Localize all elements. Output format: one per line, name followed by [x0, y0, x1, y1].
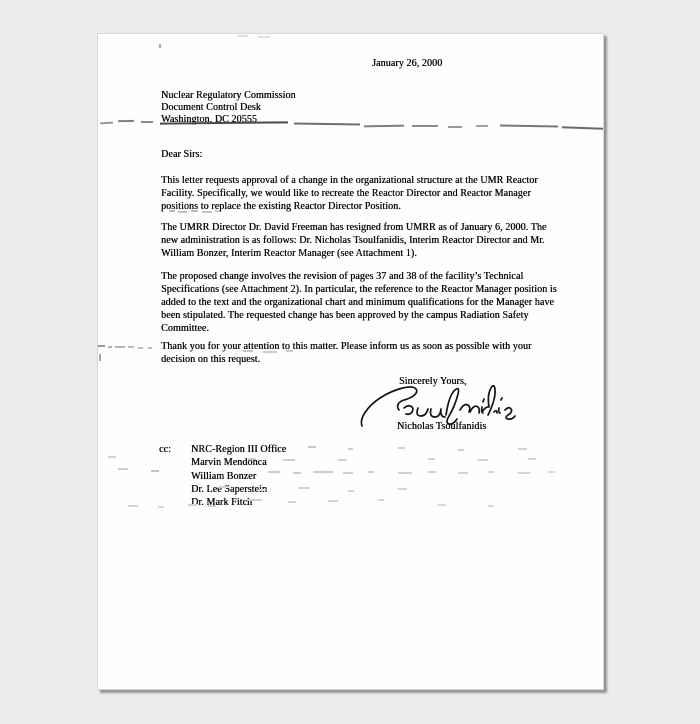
scan-artifact [458, 472, 468, 474]
scan-artifact [148, 347, 152, 349]
cc-label: cc: [159, 443, 171, 456]
scan-artifact [428, 471, 436, 473]
scan-artifact [438, 504, 446, 506]
scan-artifact [159, 44, 161, 48]
scan-artifact [448, 126, 462, 128]
letter-page: January 26, 2000 Nuclear Regulatory Comm… [97, 33, 604, 690]
scan-artifact [293, 472, 301, 474]
scan-artifact [548, 471, 555, 473]
scan-artifact [348, 448, 353, 450]
scan-artifact [298, 487, 310, 489]
scan-artifact [364, 125, 404, 128]
scan-artifact [141, 121, 153, 123]
body-paragraph-3: The proposed change involves the revisio… [161, 270, 557, 335]
scan-artifact [378, 499, 384, 501]
scan-artifact [108, 456, 116, 458]
scan-artifact [368, 471, 374, 473]
scan-artifact [412, 125, 438, 127]
scan-artifact [98, 345, 105, 347]
salutation: Dear Sirs: [161, 148, 202, 161]
scan-artifact [478, 459, 488, 461]
scan-artifact [258, 36, 270, 38]
scan-artifact [518, 472, 530, 474]
scan-artifact [238, 35, 248, 37]
scan-artifact [562, 126, 603, 129]
scan-artifact [118, 120, 134, 122]
scan-artifact [151, 470, 159, 472]
scan-artifact [398, 447, 405, 449]
scan-artifact [343, 472, 353, 474]
scan-artifact [138, 347, 143, 349]
scan-artifact [118, 468, 128, 470]
scan-artifact [328, 500, 338, 502]
body-paragraph-1: This letter requests approval of a chang… [161, 174, 538, 213]
scan-artifact [99, 354, 101, 361]
scan-artifact [294, 123, 360, 126]
scan-artifact [128, 346, 134, 348]
letter-date: January 26, 2000 [372, 57, 442, 70]
scan-artifact [518, 448, 527, 450]
scan-artifact [488, 471, 494, 473]
scan-artifact [100, 122, 113, 125]
scan-artifact [398, 488, 407, 490]
scan-artifact [428, 458, 435, 460]
scan-artifact [115, 346, 125, 348]
scanned-letter-viewer: { "page": { "date": "January 26, 2000", … [0, 0, 700, 724]
scan-artifact [398, 472, 412, 474]
signer-name: Nicholas Tsoulfanidis [397, 420, 486, 433]
scan-artifact [348, 490, 354, 492]
scan-artifact [108, 346, 112, 348]
scan-artifact [488, 505, 494, 507]
scan-artifact [500, 124, 558, 127]
scan-artifact [158, 506, 164, 508]
scan-artifact [528, 458, 536, 460]
body-paragraph-4: Thank you for your attention to this mat… [161, 340, 531, 366]
scan-artifact [308, 446, 316, 448]
cc-name-list: NRC-Region III Office Marvin Mendonca Wi… [191, 443, 286, 509]
body-paragraph-2: The UMRR Director Dr. David Freeman has … [161, 221, 546, 260]
scan-artifact [476, 125, 488, 127]
recipient-address: Nuclear Regulatory Commission Document C… [161, 90, 296, 126]
scan-artifact [288, 501, 296, 503]
scan-artifact [458, 449, 464, 451]
scan-artifact [338, 459, 347, 461]
scan-artifact [313, 471, 333, 473]
scan-artifact [128, 505, 138, 507]
